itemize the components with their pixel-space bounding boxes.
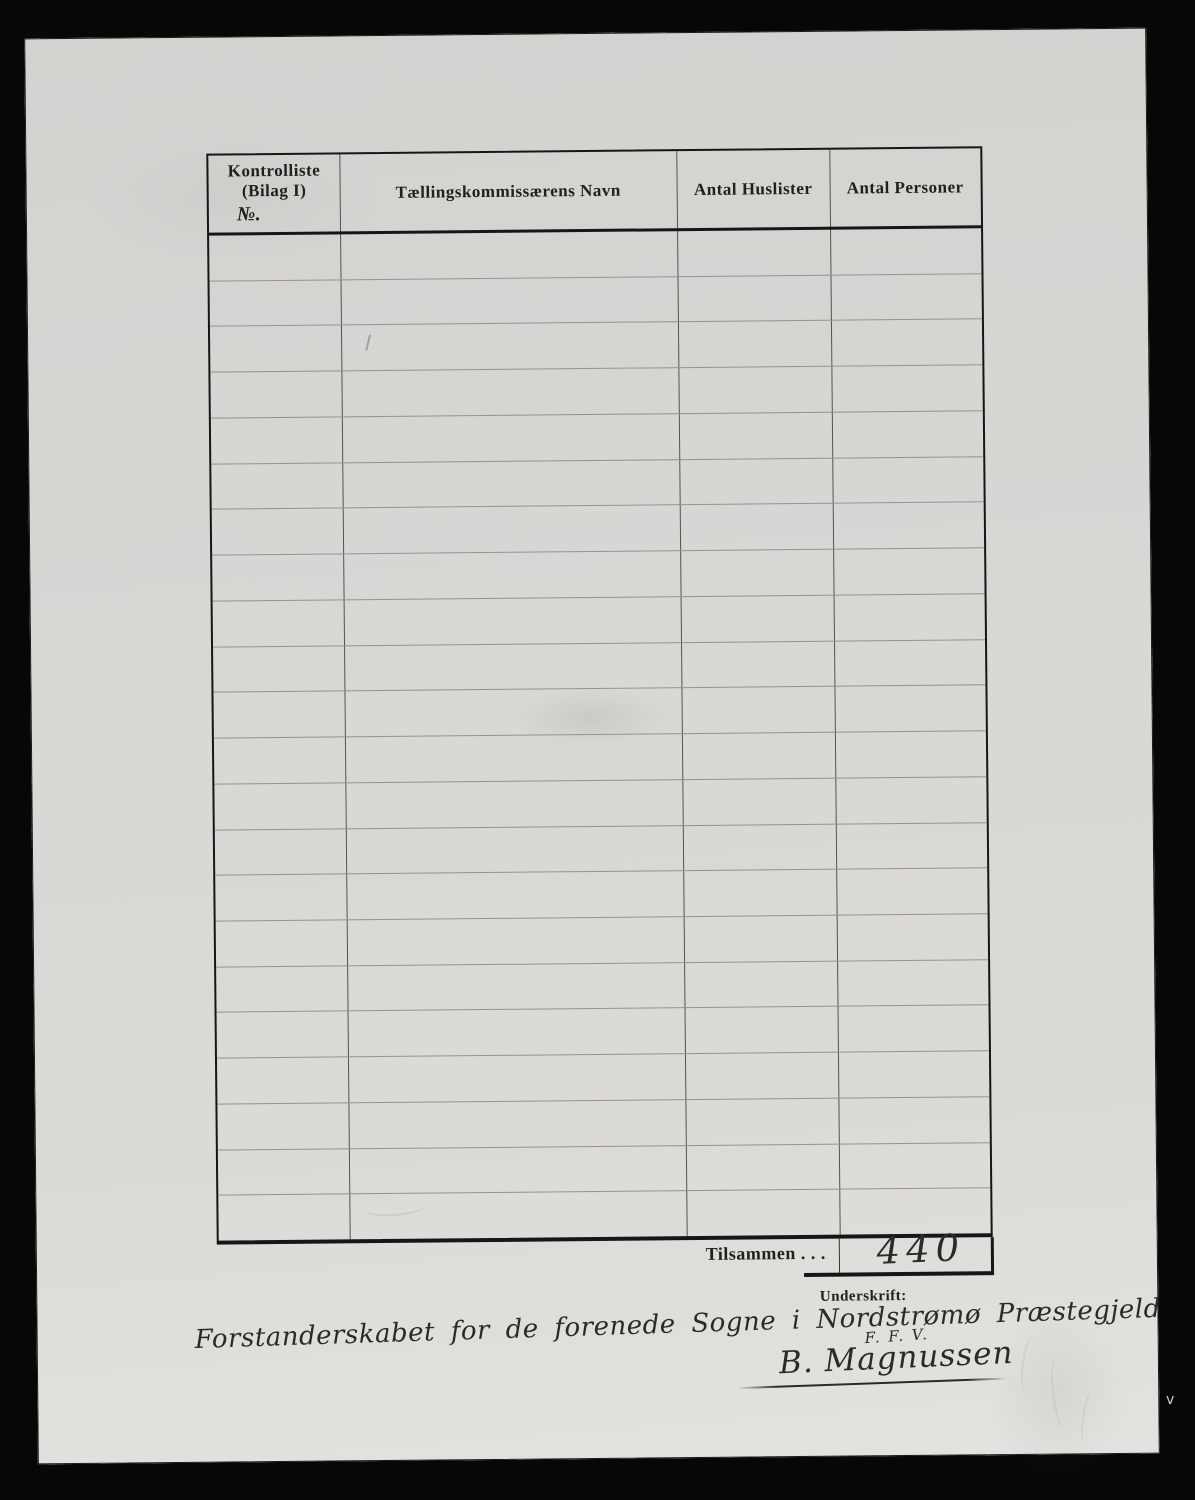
- ghost-scribble: [1018, 1333, 1044, 1395]
- table-row: [211, 411, 983, 464]
- control-list-table: Kontrolliste (Bilag I) №. Tællingskommis…: [206, 146, 992, 1244]
- header-huslister: Antal Huslister: [676, 150, 830, 228]
- table-row: [218, 1143, 990, 1196]
- header-kontrolliste-line1: Kontrolliste: [228, 161, 321, 182]
- table-row: [210, 274, 982, 327]
- stray-white-mark: v: [1166, 1392, 1174, 1408]
- table-row: [211, 457, 983, 510]
- table-row: [214, 731, 986, 784]
- total-label: Tilsammen . . .: [526, 1243, 826, 1267]
- table-body: [209, 228, 991, 1240]
- numero-sign: №.: [237, 203, 262, 226]
- table-row: [212, 548, 984, 601]
- table-row: [210, 365, 982, 418]
- signature-handwritten: B. Magnussen: [778, 1335, 1014, 1381]
- table-row: [214, 777, 986, 830]
- table-row: [217, 1051, 989, 1104]
- table-row: [216, 960, 988, 1013]
- table-row: [213, 640, 985, 693]
- total-value-handwritten: 440: [855, 1225, 987, 1274]
- header-kontrolliste: Kontrolliste (Bilag I) №.: [208, 154, 340, 232]
- total-cell-left-border: [839, 1239, 840, 1273]
- table-header-row: Kontrolliste (Bilag I) №. Tællingskommis…: [208, 148, 981, 235]
- table-row: [213, 594, 985, 647]
- table-row: [212, 503, 984, 556]
- table-row: [216, 914, 988, 967]
- paper-sheet: Kontrolliste (Bilag I) №. Tællingskommis…: [24, 28, 1160, 1465]
- total-cell-right-border: [991, 1237, 994, 1271]
- header-kontrolliste-line2: (Bilag I): [242, 181, 307, 202]
- total-cell-bottom-border: [804, 1271, 994, 1277]
- header-huslister-label: Antal Huslister: [694, 178, 813, 199]
- header-personer: Antal Personer: [829, 148, 981, 226]
- header-personer-label: Antal Personer: [847, 177, 964, 198]
- table-row: [209, 228, 981, 281]
- scanned-document-stage: Kontrolliste (Bilag I) №. Tællingskommis…: [0, 0, 1195, 1500]
- table-row: [210, 320, 982, 373]
- signature-underline-flourish: [737, 1378, 1007, 1390]
- ghost-scribble: [1078, 1387, 1101, 1444]
- header-navn: Tællingskommissærens Navn: [339, 151, 677, 231]
- table-row: [215, 868, 987, 921]
- header-navn-label: Tællingskommissærens Navn: [395, 180, 620, 202]
- table-row: [217, 1006, 989, 1059]
- ghost-scribble: [1048, 1358, 1072, 1429]
- table-row: [215, 823, 987, 876]
- table-row: [213, 686, 985, 739]
- table-row: [217, 1097, 989, 1150]
- paper-smudge: [986, 1308, 1128, 1479]
